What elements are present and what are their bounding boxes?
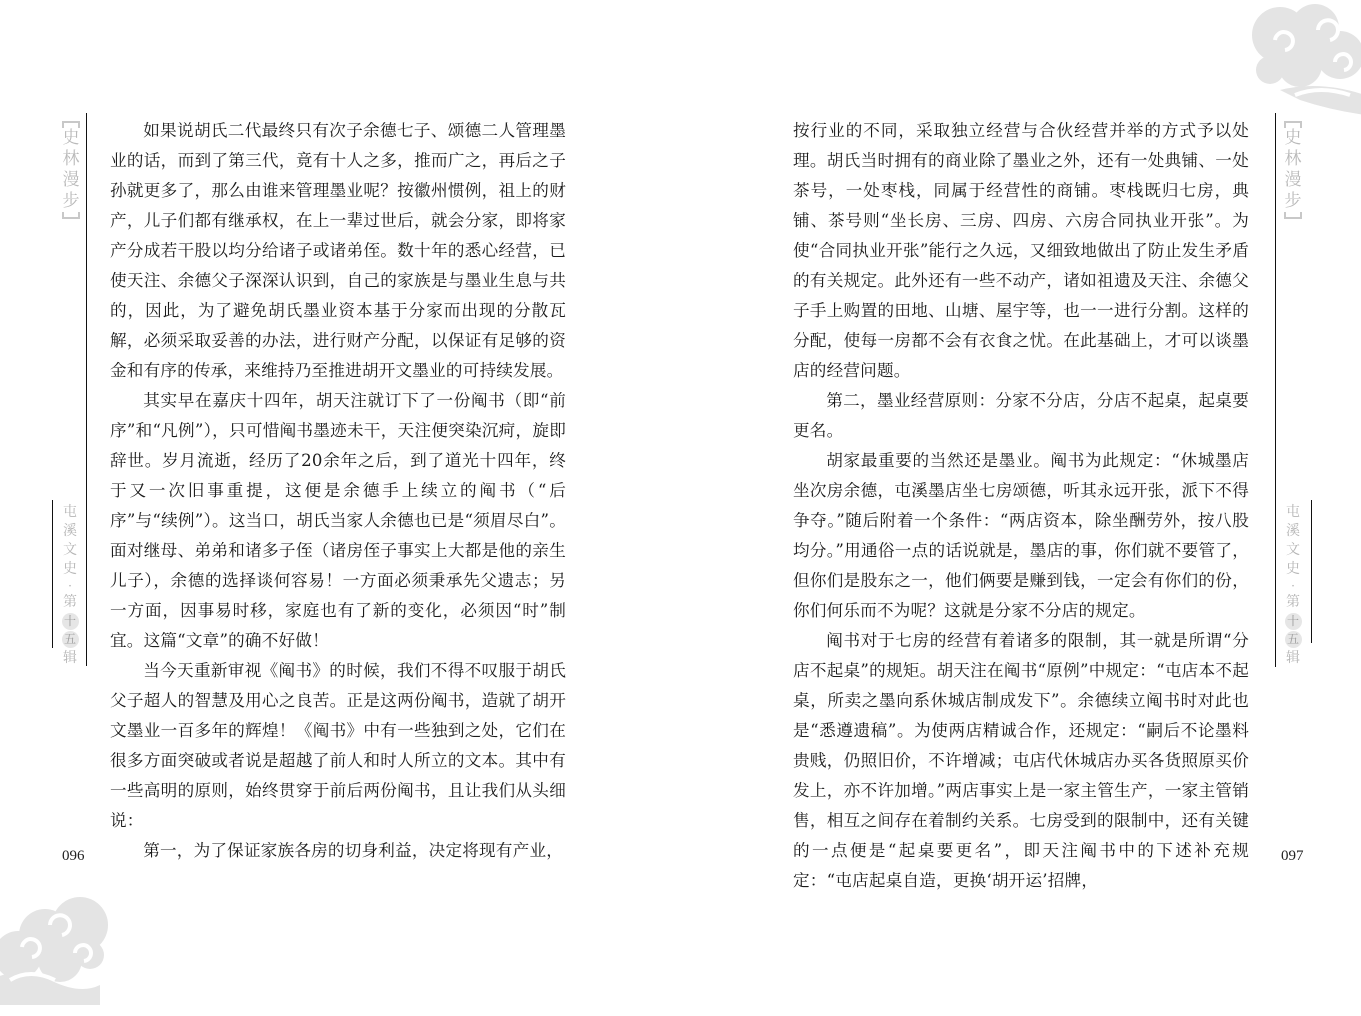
paragraph: 第二，墨业经营原则：分家不分店，分店不起桌，起桌要更名。 [793, 386, 1249, 446]
series-char: 史 [60, 560, 80, 579]
series-rule [1311, 500, 1312, 643]
bracket-close-icon [62, 212, 80, 219]
bracket-open-icon [1284, 121, 1302, 128]
series-dot: · [1283, 579, 1303, 593]
paragraph: 阄书对于七房的经营有着诸多的限制，其一就是所谓“分店不起桌”的规矩。胡天注在阄书… [793, 626, 1249, 896]
body-text: 按行业的不同，采取独立经营与合伙经营并举的方式予以处理。胡氏当时拥有的商业除了墨… [793, 116, 1249, 896]
section-label-char: 林 [61, 149, 81, 170]
bracket-close-icon [1284, 212, 1302, 219]
series-char: 文 [1283, 541, 1303, 560]
section-label-char: 步 [1283, 191, 1303, 212]
series-number-badge: 五 [1285, 631, 1302, 648]
margin-rule [1275, 113, 1276, 667]
section-label-char: 林 [1283, 149, 1303, 170]
page-number: 096 [62, 848, 85, 865]
margin-rule [86, 113, 87, 666]
left-page: 史 林 漫 步 屯 溪 文 史 · 第 十 五 辑 如果说胡氏二代最终只有次子余… [0, 0, 680, 1016]
paragraph: 当今天重新审视《阄书》的时候，我们不得不叹服于胡氏父子超人的智慧及用心之良苦。正… [110, 656, 566, 836]
series-label: 屯 溪 文 史 · 第 十 五 辑 [1283, 503, 1303, 668]
right-page: 史 林 漫 步 屯 溪 文 史 · 第 十 五 辑 按行业的不同，采取独立经营与… [680, 0, 1361, 1016]
series-suffix: 辑 [1283, 649, 1303, 668]
paragraph: 其实早在嘉庆十四年，胡天注就订下了一份阄书（即“前序”和“凡例”），只可惜阄书墨… [110, 386, 566, 656]
section-label: 史 林 漫 步 [1283, 121, 1303, 219]
cloud-ornament-icon [0, 885, 130, 1005]
series-suffix: 辑 [60, 649, 80, 668]
cloud-ornament-icon [1240, 0, 1361, 120]
section-label-char: 步 [61, 191, 81, 212]
series-char: 溪 [60, 522, 80, 541]
series-char: 史 [1283, 560, 1303, 579]
section-label-char: 史 [1283, 128, 1303, 149]
series-number-badge: 十 [1285, 613, 1302, 630]
section-label-char: 史 [61, 128, 81, 149]
series-char: 溪 [1283, 522, 1303, 541]
paragraph: 按行业的不同，采取独立经营与合伙经营并举的方式予以处理。胡氏当时拥有的商业除了墨… [793, 116, 1249, 386]
series-dot: · [60, 579, 80, 593]
series-label: 屯 溪 文 史 · 第 十 五 辑 [60, 503, 80, 668]
paragraph: 如果说胡氏二代最终只有次子余德七子、颂德二人管理墨业的话，而到了第三代，竟有十人… [110, 116, 566, 386]
bracket-open-icon [62, 121, 80, 128]
page-number: 097 [1281, 848, 1304, 865]
series-char: 屯 [1283, 503, 1303, 522]
section-label-char: 漫 [61, 170, 81, 191]
paragraph: 第一，为了保证家族各房的切身利益，决定将现有产业， [110, 836, 566, 866]
series-char: 屯 [60, 503, 80, 522]
series-number-badge: 十 [62, 613, 79, 630]
series-number-badge: 五 [62, 631, 79, 648]
series-prefix: 第 [60, 593, 80, 612]
series-rule [52, 500, 53, 648]
series-prefix: 第 [1283, 593, 1303, 612]
section-label: 史 林 漫 步 [61, 121, 81, 219]
paragraph: 胡家最重要的当然还是墨业。阄书为此规定：“休城墨店坐次房余德，屯溪墨店坐七房颂德… [793, 446, 1249, 626]
section-label-char: 漫 [1283, 170, 1303, 191]
body-text: 如果说胡氏二代最终只有次子余德七子、颂德二人管理墨业的话，而到了第三代，竟有十人… [110, 116, 566, 866]
series-char: 文 [60, 541, 80, 560]
